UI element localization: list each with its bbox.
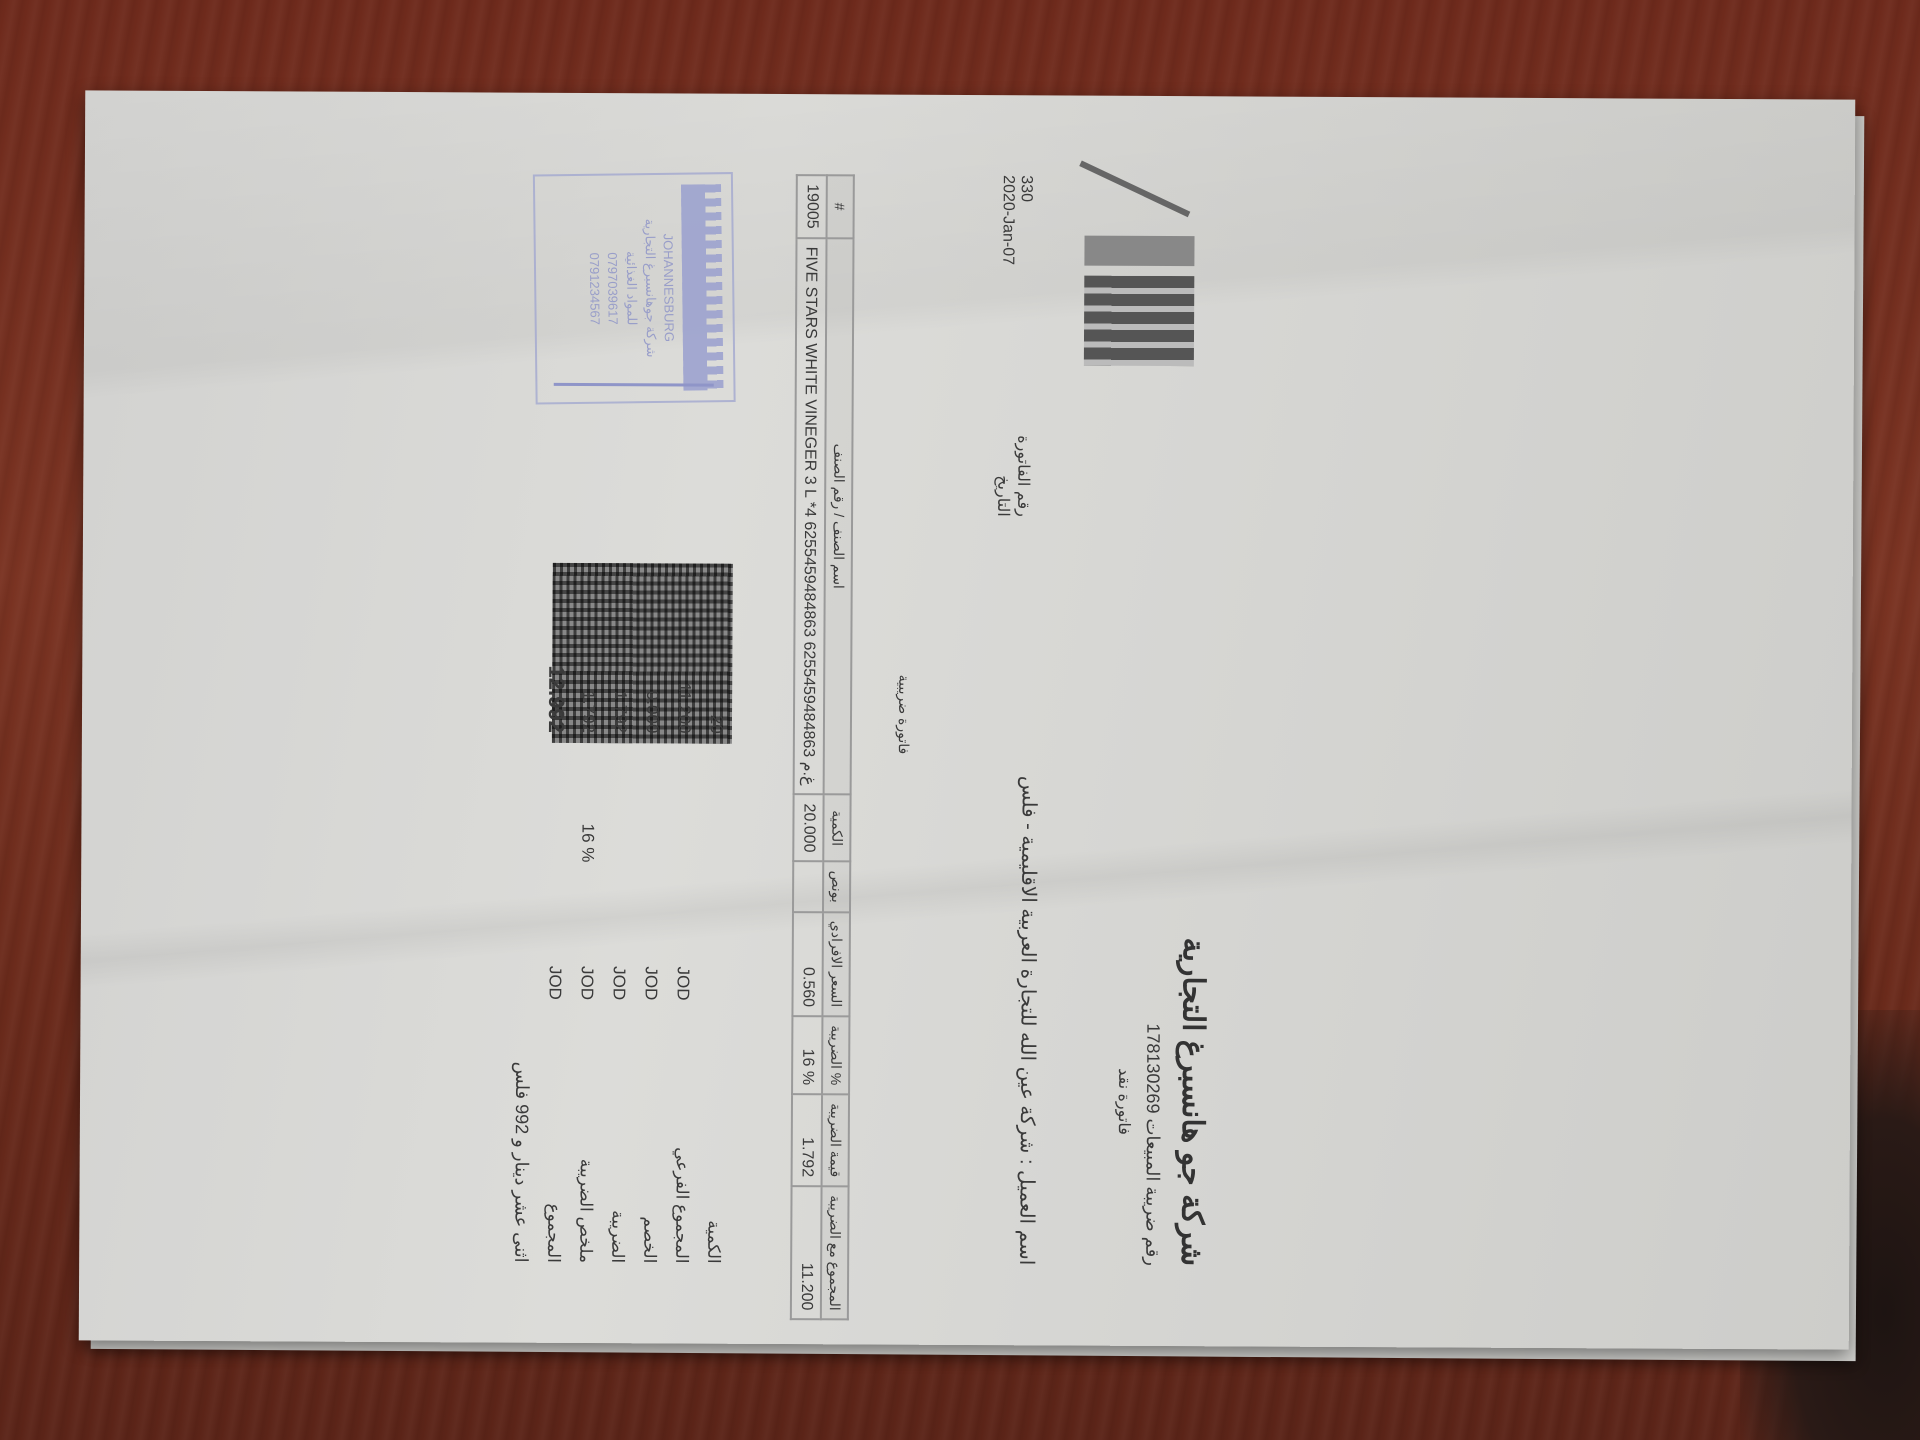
total-currency: JOD: [544, 953, 564, 1013]
totals-row: 1.792 16 % JOD ملخص الضريبة: [569, 623, 604, 1263]
amount-in-words: اثنى عشر دينار و 992 فلس: [510, 623, 534, 1263]
invoice-meta-values: 330 2020-Jan-07: [998, 175, 1034, 265]
company-logo: [1064, 176, 1215, 377]
col-tax-pct: الضريبة %: [822, 1016, 849, 1094]
cell-total: 11.200: [791, 1186, 822, 1319]
totals-block: 20 الكمية 11.200 JOD المجموع الفرعي 0.00…: [510, 623, 732, 1264]
invoice-date-label: التاريخ: [993, 435, 1013, 517]
col-total: المجموع مع الضريبة: [821, 1186, 849, 1319]
invoice-date: 2020-Jan-07: [998, 175, 1016, 265]
totals-row: 0.000 JOD الخصم: [633, 623, 668, 1263]
total-label: المجموع الفرعي: [671, 1083, 692, 1263]
customer-line: اسم العميل : شركة عين الله للتجارة العرب…: [1014, 776, 1042, 1266]
customer-name: شركة عين الله للتجارة العربية الاقليمية …: [1016, 776, 1040, 1154]
cell-item: FIVE STARS WHITE VINEGER 3 L *4 62554594…: [794, 238, 827, 795]
col-qty: الكمية: [823, 795, 850, 862]
stamp-line-5: 0791234567: [586, 186, 604, 392]
total-pct: 16 %: [577, 803, 597, 883]
grand-total-row: 12.992 JOD المجموع: [537, 623, 572, 1263]
company-name: شركة جو هانسبرغ التجارية: [1174, 937, 1211, 1266]
total-currency: JOD: [640, 953, 660, 1013]
cell-unit-price: 0.560: [792, 912, 823, 1017]
col-unit-price: السعر الافرادي: [822, 912, 850, 1017]
logo-slash: [1079, 161, 1190, 218]
totals-row: 11.200 JOD المجموع الفرعي: [665, 623, 700, 1263]
items-table: # اسم الصنف / رقم الصنف الكمية بونص السع…: [790, 174, 855, 1321]
tax-number-value: 178130269: [1143, 1023, 1163, 1113]
stamp-line-2: شركة جوهانسبرغ التجارية: [641, 185, 660, 391]
total-currency: JOD: [672, 953, 692, 1013]
cell-qty: 20.000: [793, 794, 823, 861]
col-item: اسم الصنف / رقم الصنف: [824, 238, 854, 795]
totals-row: 20 الكمية: [697, 624, 732, 1264]
grand-total-value: 12.992: [543, 623, 570, 733]
stamp-line-1: JOHANNESBURG: [660, 185, 678, 391]
total-currency: JOD: [608, 953, 628, 1013]
table-row: 19005 FIVE STARS WHITE VINEGER 3 L *4 62…: [791, 175, 827, 1319]
cell-bonus: [793, 861, 823, 911]
total-currency: JOD: [576, 953, 596, 1013]
total-value: 20: [706, 624, 727, 734]
totals-row: 1.792 JOD الضريبة: [601, 623, 636, 1263]
stamp-skyline-icon: [681, 184, 724, 390]
company-header: شركة جو هانسبرغ التجارية رقم ضريبة المبي…: [1113, 937, 1211, 1266]
tax-number-label: رقم ضريبة المبيعات: [1142, 1118, 1163, 1266]
invoice-paper: شركة جو هانسبرغ التجارية رقم ضريبة المبي…: [79, 90, 1856, 1349]
invoice-number-label: رقم الفاتورة: [1013, 435, 1033, 517]
grand-total-label: المجموع: [543, 1083, 564, 1263]
logo-bar: [1084, 236, 1194, 267]
total-value: 1.792: [578, 623, 599, 733]
building-icon: [1084, 276, 1194, 367]
stamp-line-4: 0797039617: [604, 185, 622, 391]
invoice-number: 330: [1016, 175, 1034, 265]
payment-type: فاتورة نقد: [1113, 937, 1135, 1266]
invoice-meta-labels: رقم الفاتورة التاريخ: [993, 435, 1033, 517]
total-value: 11.200: [674, 623, 695, 733]
signature-mark: [554, 383, 714, 398]
stamp-line-3: للمواد الغذائية: [622, 185, 641, 391]
section-title: فاتورة ضريبية: [895, 675, 912, 755]
cell-tax-value: 1.792: [792, 1094, 822, 1186]
tax-number: رقم ضريبة المبيعات 178130269: [1141, 937, 1164, 1266]
total-label: الضريبة: [607, 1083, 628, 1263]
invoice-page: شركة جو هانسبرغ التجارية رقم ضريبة المبي…: [79, 128, 1275, 1307]
total-label: الكمية: [703, 1084, 724, 1264]
total-value: 0.000: [642, 623, 663, 733]
col-bonus: بونص: [823, 862, 850, 912]
cell-index: 19005: [797, 175, 827, 238]
col-index: #: [827, 175, 854, 238]
company-stamp: JOHANNESBURG شركة جوهانسبرغ التجارية للم…: [533, 172, 736, 404]
total-value: 1.792: [610, 623, 631, 733]
customer-label: اسم العميل :: [1015, 1159, 1038, 1265]
total-label: ملخص الضريبة: [575, 1083, 596, 1263]
total-label: الخصم: [639, 1083, 660, 1263]
col-tax-value: قيمة الضريبة: [822, 1094, 849, 1186]
cell-tax-pct: 16 %: [792, 1016, 822, 1094]
